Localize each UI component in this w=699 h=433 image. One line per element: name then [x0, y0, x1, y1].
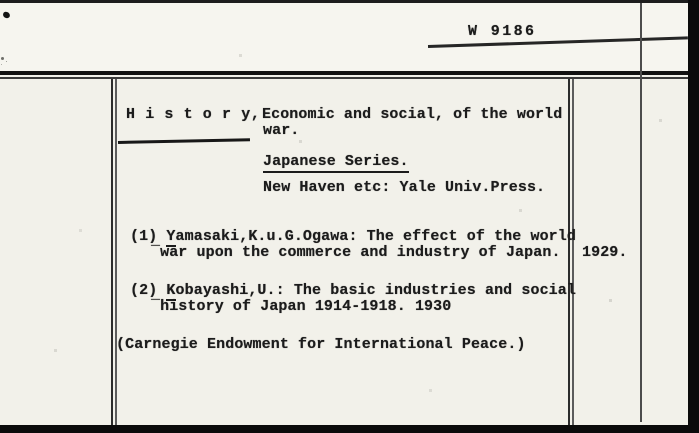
series-title-text: Japanese Series. — [263, 153, 409, 173]
card-top-rule-thick — [0, 71, 690, 75]
entry-1-line-2: ¯war upon the commerce and industry of J… — [151, 245, 561, 261]
entry-1-author-title: amasaki,K.u.G.Ogawa: The effect of the w… — [176, 228, 576, 245]
entry-1-year: 1929. — [582, 245, 628, 261]
entry-2-number: (2) — [130, 282, 166, 299]
right-column-rule — [640, 0, 642, 422]
page-top-margin — [0, 0, 699, 71]
year-column-rule-outer — [568, 79, 570, 425]
year-column-rule-inner — [572, 79, 574, 425]
entry-2-line-2: ¯history of Japan 1914-1918. 1930 — [151, 299, 451, 315]
subject-subtitle-line-1: Economic and social, of the world — [262, 107, 562, 123]
scan-edge-top — [0, 0, 699, 3]
entry-2-line-1: (2) Kobayashi,U.: The basic industries a… — [130, 283, 576, 299]
publisher-note: (Carnegie Endowment for International Pe… — [116, 337, 526, 353]
entry-1-line-1: (1) Yamasaki,K.u.G.Ogawa: The effect of … — [130, 229, 576, 245]
entry-2-author-title: obayashi,U.: The basic industries and so… — [176, 282, 576, 299]
left-column-rule-inner — [115, 79, 117, 425]
subject-heading-underline — [118, 138, 250, 144]
ink-speck-small — [1, 57, 4, 60]
scan-edge-bottom — [0, 425, 699, 433]
scan-edge-right — [688, 0, 699, 433]
series-title: Japanese Series. — [263, 154, 409, 170]
card-top-rule-thin — [0, 77, 690, 79]
call-number: W 9186 — [468, 24, 536, 40]
subject-heading: H i s t o r y, — [126, 107, 260, 123]
imprint: New Haven etc: Yale Univ.Press. — [263, 180, 545, 196]
entry-1-number: (1) — [130, 228, 166, 245]
scanned-catalog-card: W 9186 H i s t o r y, Economic and socia… — [0, 0, 699, 433]
subject-subtitle-line-2: war. — [263, 123, 299, 139]
left-column-rule-outer — [111, 79, 113, 425]
